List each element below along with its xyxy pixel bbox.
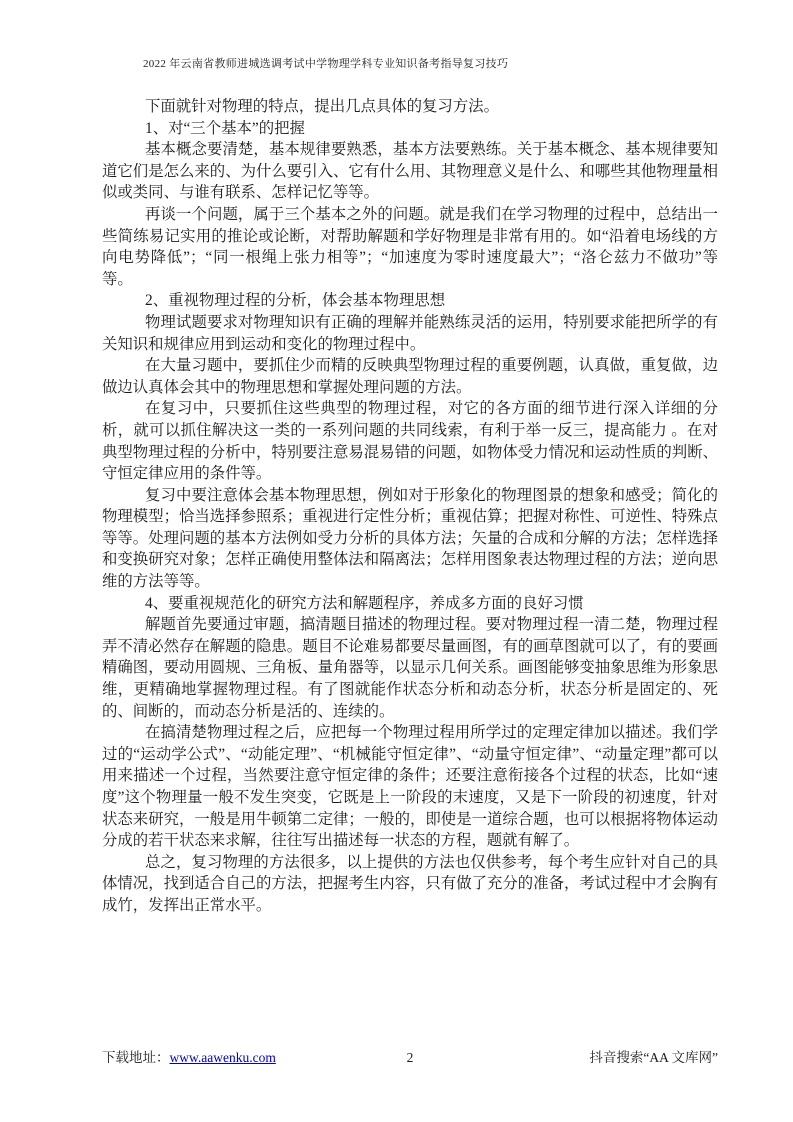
- document-body: 下面就针对物理的特点，提出几点具体的复习方法。 1、对“三个基本”的把握 基本概…: [102, 96, 718, 917]
- paragraph: 物理试题要求对物理知识有正确的理解并能熟练灵活的运用，特别要求能把所学的有关知识…: [102, 312, 718, 355]
- paragraph: 再谈一个问题，属于三个基本之外的问题。就是我们在学习物理的过程中，总结出一些简练…: [102, 204, 718, 290]
- paragraph: 解题首先要通过审题，搞清题目描述的物理过程。要对物理过程一清二楚，物理过程弄不清…: [102, 614, 718, 722]
- page-number: 2: [390, 1050, 430, 1066]
- footer-download-area: 下载地址：www.aawenku.com: [102, 1046, 390, 1066]
- paragraph: 在复习中，只要抓住这些典型的物理过程，对它的各方面的细节进行深入详细的分析，就可…: [102, 398, 718, 484]
- section-heading-2: 2、重视物理过程的分析，体会基本物理思想: [102, 290, 718, 312]
- download-url-link[interactable]: www.aawenku.com: [170, 1050, 276, 1065]
- paragraph: 基本概念要清楚，基本规律要熟悉，基本方法要熟练。关于基本概念、基本规律要知道它们…: [102, 139, 718, 204]
- section-heading-1: 1、对“三个基本”的把握: [102, 118, 718, 140]
- document-page: 2022 年云南省教师进城选调考试中学物理学科专业知识备考指导复习技巧 下面就针…: [0, 0, 793, 1122]
- section-heading-4: 4、要重视规范化的研究方法和解题程序，养成多方面的良好习惯: [102, 593, 718, 615]
- footer-douyin-search-text: 抖音搜索“AA 文库网”: [430, 1046, 718, 1066]
- download-label: 下载地址：: [102, 1050, 170, 1065]
- paragraph: 在大量习题中，要抓住少而精的反映典型物理过程的重要例题，认真做，重复做，边做边认…: [102, 355, 718, 398]
- document-header-title: 2022 年云南省教师进城选调考试中学物理学科专业知识备考指导复习技巧: [143, 55, 508, 71]
- paragraph-intro: 下面就针对物理的特点，提出几点具体的复习方法。: [102, 96, 718, 118]
- paragraph: 在搞清楚物理过程之后，应把每一个物理过程用所学过的定理定律加以描述。我们学过的“…: [102, 722, 718, 852]
- paragraph-conclusion: 总之，复习物理的方法很多，以上提供的方法也仅供参考，每个考生应针对自己的具体情况…: [102, 852, 718, 917]
- page-footer: 下载地址：www.aawenku.com 2 抖音搜索“AA 文库网”: [102, 1046, 718, 1066]
- paragraph: 复习中要注意体会基本物理思想，例如对于形象化的物理图景的想象和感受；简化的物理模…: [102, 485, 718, 593]
